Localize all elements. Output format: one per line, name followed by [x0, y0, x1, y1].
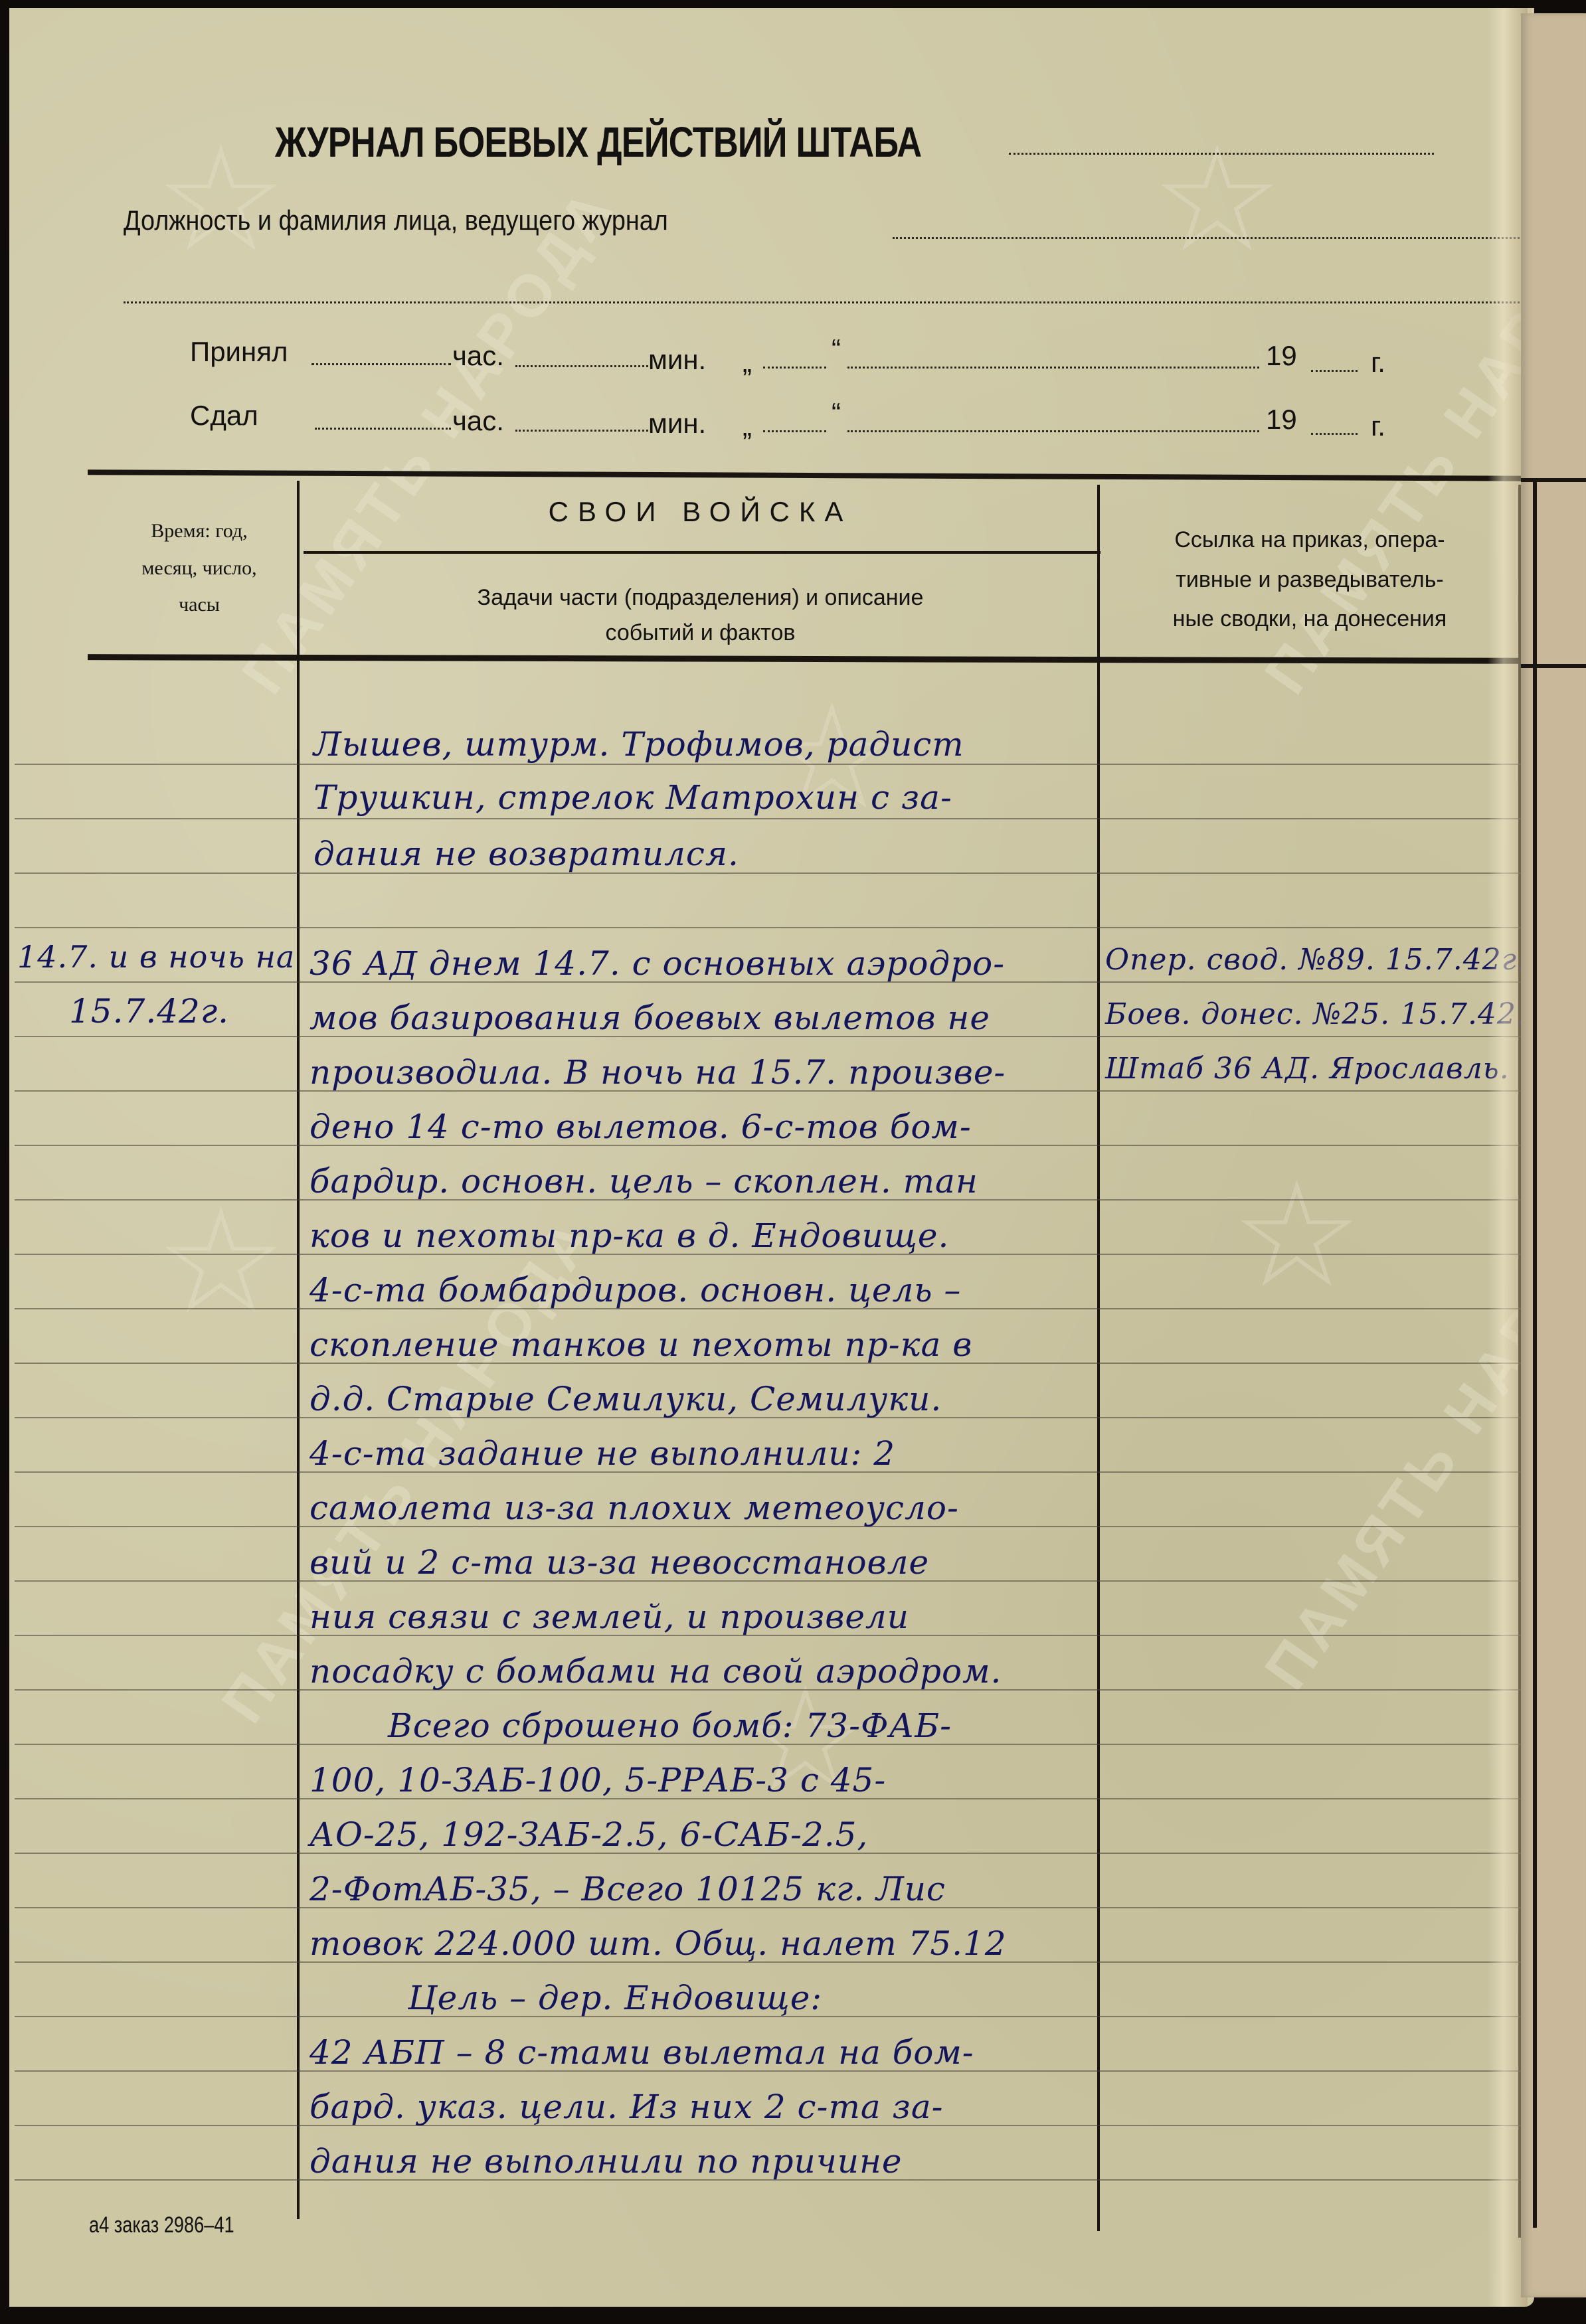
star-watermark-icon: ☆ — [155, 1177, 286, 1347]
entry-line: мов базирования боевых вылетов не — [309, 999, 990, 1037]
handed-year-field[interactable] — [1311, 433, 1358, 435]
table-header-bottom-border — [88, 654, 1536, 664]
print-order-number: а4 заказ 2986–41 — [89, 2212, 234, 2238]
own-troops-heading: СВОИ ВОЙСКА — [304, 496, 1097, 528]
entry-line: Всего сброшено бомб: 73-ФАБ- — [388, 1706, 952, 1745]
handed-year-prefix: 19 — [1266, 404, 1297, 436]
received-day-field[interactable] — [763, 367, 826, 369]
received-year-suffix: г. — [1371, 347, 1385, 378]
entry-line: производила. В ночь на 15.7. произве- — [309, 1053, 1006, 1092]
star-watermark-icon: ☆ — [1231, 1150, 1362, 1321]
reference-line: Опер. свод. №89. 15.7.42г. — [1105, 943, 1527, 977]
handed-minutes-field[interactable] — [515, 430, 648, 432]
entry-line: АО-25, 192-ЗАБ-2.5, 6-САБ-2.5, — [309, 1815, 868, 1854]
entry-line: самолета из-за плохих метеоусло- — [309, 1489, 959, 1527]
ruled-line — [15, 818, 1522, 819]
column-divider-reference — [1097, 485, 1100, 2231]
entry-time-line: 14.7. и в ночь на — [17, 939, 295, 975]
entry-line: посадку с бомбами на свой аэродром. — [309, 1652, 1002, 1691]
entry-line: 4-с-та бомбардиров. основн. цель – — [309, 1271, 961, 1309]
ruled-line — [15, 764, 1522, 765]
handed-month-field[interactable] — [847, 430, 1259, 432]
ruled-line — [15, 872, 1522, 874]
handed-hours-label: час. — [452, 405, 504, 437]
entry-line: товок 224.000 шт. Общ. налет 75.12 — [309, 1924, 1007, 1963]
journal-page: ☆ ПАМЯТЬ НАРОДА ☆ ПАМЯТЬ НАРОДА ☆ ☆ ПАМЯ… — [9, 8, 1534, 2307]
entry-line: 100, 10-ЗАБ-100, 5-РРАБ-3 с 45- — [309, 1761, 886, 1799]
received-minutes-label: мин. — [648, 344, 706, 376]
keeper-label: Должность и фамилия лица, ведущего журна… — [124, 205, 668, 236]
table-top-border — [88, 469, 1536, 481]
entry-line: д.д. Старые Семилуки, Семилуки. — [309, 1380, 942, 1418]
reference-line: Боев. донес. №25. 15.7.42. — [1105, 997, 1526, 1031]
own-troops-subheading: Задачи части (подразделения) и описание … — [304, 580, 1097, 650]
reference-line: Штаб 36 АД. Ярославль. — [1105, 1052, 1510, 1086]
entry-line: 4-с-та задание не выполнили: 2 — [309, 1434, 895, 1473]
handed-minutes-label: мин. — [648, 408, 706, 440]
reference-column-header: Ссылка на приказ, опера- тивные и развед… — [1104, 521, 1516, 639]
unit-name-field[interactable] — [1009, 153, 1434, 155]
quote-open: „ — [743, 410, 752, 442]
star-watermark-icon: ☆ — [1152, 114, 1282, 285]
received-year-prefix: 19 — [1266, 340, 1297, 372]
entry-line: бард. указ. цели. Из них 2 с-та за- — [309, 2088, 944, 2126]
entry-line: 36 АД днем 14.7. с основных аэродро- — [309, 944, 1005, 983]
star-watermark-icon: ☆ — [155, 114, 286, 285]
quote-close: “ — [832, 397, 841, 429]
received-hours-label: час. — [452, 340, 504, 372]
carryover-line: Лышев, штурм. Трофимов, радист — [313, 725, 964, 764]
entry-line: ков и пехоты пр-ка в д. Ендовище. — [309, 1216, 949, 1255]
received-label: Принял — [190, 336, 288, 368]
handed-over-label: Сдал — [190, 400, 258, 432]
received-month-field[interactable] — [847, 367, 1259, 369]
handed-year-suffix: г. — [1371, 410, 1385, 442]
received-year-field[interactable] — [1311, 370, 1358, 372]
entry-time-line: 15.7.42г. — [69, 992, 229, 1031]
entry-line: 2-ФотАБ-35, – Всего 10125 кг. Лис — [309, 1870, 946, 1908]
journal-title: ЖУРНАЛ БОЕВЫХ ДЕЙСТВИЙ ШТАБА — [275, 118, 921, 167]
entry-line: скопление танков и пехоты пр-ка в — [309, 1325, 972, 1364]
ruled-line — [15, 927, 1522, 928]
keeper-field[interactable] — [893, 237, 1524, 239]
keeper-field-line2[interactable] — [124, 301, 1524, 303]
received-minutes-field[interactable] — [515, 365, 648, 367]
handed-hours-field[interactable] — [315, 428, 451, 430]
entry-line: дено 14 с-то вылетов. 6-с-тов бом- — [309, 1108, 972, 1146]
handed-day-field[interactable] — [763, 430, 826, 432]
quote-close: “ — [832, 333, 841, 365]
entry-line: вий и 2 с-та из-за невосстановле — [309, 1543, 929, 1582]
quote-open: „ — [743, 347, 752, 378]
own-troops-divider — [304, 551, 1101, 554]
column-divider-time — [297, 481, 300, 2219]
entry-line: Цель – дер. Ендовище: — [408, 1979, 822, 2017]
entry-line: ния связи с землей, и произвели — [309, 1598, 909, 1636]
entry-line: дания не выполнили по причине — [309, 2142, 903, 2181]
received-hours-field[interactable] — [311, 363, 451, 365]
next-page-edge — [1521, 13, 1586, 2297]
carryover-line: дания не возвратился. — [313, 835, 739, 873]
entry-line: бардир. основн. цель – скоплен. тан — [309, 1162, 978, 1201]
carryover-line: Трушкин, стрелок Матрохин с за- — [313, 778, 952, 817]
time-column-header: Время: год, месяц, число, часы — [109, 513, 290, 623]
entry-line: 42 АБП – 8 с-тами вылетал на бом- — [309, 2033, 974, 2072]
